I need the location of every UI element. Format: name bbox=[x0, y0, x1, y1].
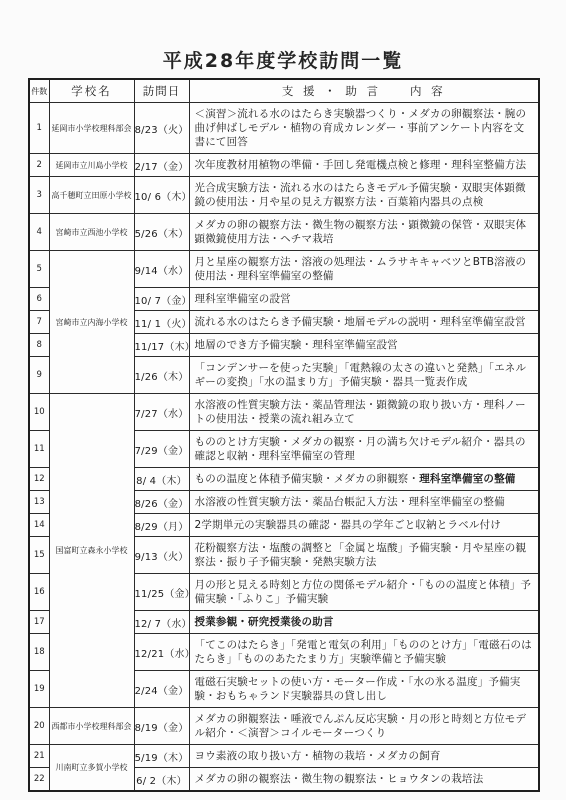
content-text: ヨウ素液の取り扱い方・植物の栽培・メダカの飼育 bbox=[195, 750, 441, 762]
row-number: 14 bbox=[29, 514, 49, 537]
row-number: 11 bbox=[29, 431, 49, 468]
visit-date: 10/ 6（木） bbox=[134, 177, 189, 214]
school-name: 国富町立森永小学校 bbox=[49, 394, 134, 708]
support-content: ものの温度と体積予備実験・メダカの卵観察・理科室準備室の整備 bbox=[189, 468, 539, 491]
content-text: メダカの卵の観察法・微生物の観察法・ヒョウタンの栽培法 bbox=[195, 773, 484, 785]
visit-date: 7/29（金） bbox=[134, 431, 189, 468]
visit-date: 12/ 7（水） bbox=[134, 611, 189, 634]
school-name: 西都市小学校理科部会 bbox=[49, 708, 134, 745]
visit-date: 11/25（金） bbox=[134, 574, 189, 611]
row-number: 12 bbox=[29, 468, 49, 491]
support-content: 水溶液の性質実験方法・薬品管理法・顕微鏡の取り扱い方・理科ノートの使用法・授業の… bbox=[189, 394, 539, 431]
content-text: メダカの卵の観察方法・微生物の観察方法・顕微鏡の保管・双眼実体顕微鏡使用方法・ヘ… bbox=[195, 219, 527, 245]
support-content: ＜演習＞流れる水のはたらき実験器つくり・メダカの卵観察法・腕の曲げ伸ばしモデル・… bbox=[189, 103, 539, 154]
visit-date: 9/14（水） bbox=[134, 251, 189, 288]
table-row: 4宮崎市立西池小学校5/26（木）メダカの卵の観察方法・微生物の観察方法・顕微鏡… bbox=[29, 214, 539, 251]
support-content: 次年度教材用植物の準備・手回し発電機点検と修理・理科室整備方法 bbox=[189, 154, 539, 177]
school-name: 延岡市小学校理科部会 bbox=[49, 103, 134, 154]
content-text: 理科室準備室の整備 bbox=[419, 473, 515, 485]
row-number: 15 bbox=[29, 537, 49, 574]
visit-date: 5/19（木） bbox=[134, 745, 189, 768]
visit-date: 2/24（金） bbox=[134, 671, 189, 708]
header-date: 訪問日 bbox=[134, 79, 189, 103]
support-content: 月と星座の観察方法・溶液の処理法・ムラサキキャベツとBTB溶液の使用法・理科室準… bbox=[189, 251, 539, 288]
row-number: 8 bbox=[29, 334, 49, 357]
content-text: 「コンデンサーを使った実験」「電熱線の太さの違いと発熱」「エネルギーの変換」「水… bbox=[195, 362, 527, 388]
content-text: 水溶液の性質実験方法・薬品台帳記入方法・理科室準備室の整備 bbox=[195, 496, 505, 508]
row-number: 3 bbox=[29, 177, 49, 214]
row-number: 9 bbox=[29, 357, 49, 394]
table-row: 2延岡市立川島小学校2/17（金）次年度教材用植物の準備・手回し発電機点検と修理… bbox=[29, 154, 539, 177]
visit-date: 1/26（木） bbox=[134, 357, 189, 394]
support-content: 月の形と見える時刻と方位の関係モデル紹介・「ものの温度と体積」予備実験・「ふりこ… bbox=[189, 574, 539, 611]
visit-date: 9/13（火） bbox=[134, 537, 189, 574]
content-text: 水溶液の性質実験方法・薬品管理法・顕微鏡の取り扱い方・理科ノートの使用法・授業の… bbox=[195, 399, 526, 425]
visit-date: 11/17（木） bbox=[134, 334, 189, 357]
support-content: メダカの卵の観察方法・微生物の観察方法・顕微鏡の保管・双眼実体顕微鏡使用方法・ヘ… bbox=[189, 214, 539, 251]
visit-date: 8/19（金） bbox=[134, 708, 189, 745]
row-number: 10 bbox=[29, 394, 49, 431]
page-title: 平成28年度学校訪問一覧 bbox=[0, 46, 566, 73]
header-content: 支 援 ・ 助 言 内 容 bbox=[189, 79, 539, 103]
content-text: 流れる水のはたらき予備実験・地層モデルの説明・理科室準備室設営 bbox=[195, 316, 526, 328]
row-number: 17 bbox=[29, 611, 49, 634]
row-number: 2 bbox=[29, 154, 49, 177]
content-text: メダカの卵観察法・唾液でんぷん反応実験・月の形と時刻と方位モデル紹介・＜演習＞コ… bbox=[195, 713, 527, 739]
school-name: 高千穂町立田原小学校 bbox=[49, 177, 134, 214]
visit-table-body: 1延岡市小学校理科部会8/23（火）＜演習＞流れる水のはたらき実験器つくり・メダ… bbox=[29, 103, 539, 792]
table-header-row: 件数 学校名 訪問日 支 援 ・ 助 言 内 容 bbox=[29, 79, 539, 103]
support-content: 水溶液の性質実験方法・薬品台帳記入方法・理科室準備室の整備 bbox=[189, 491, 539, 514]
school-name: 宮崎市立西池小学校 bbox=[49, 214, 134, 251]
visit-date: 7/27（水） bbox=[134, 394, 189, 431]
visit-date: 12/21（水） bbox=[134, 634, 189, 671]
school-name: 川南町立多賀小学校 bbox=[49, 745, 134, 792]
table-row: 3高千穂町立田原小学校10/ 6（木）光合成実験方法・流れる水のはたらきモデル予… bbox=[29, 177, 539, 214]
content-text: 授業参観・研究授業後の助言 bbox=[195, 616, 334, 628]
content-text: ものの温度と体積予備実験・メダカの卵観察・ bbox=[195, 473, 420, 485]
table-row: 1延岡市小学校理科部会8/23（火）＜演習＞流れる水のはたらき実験器つくり・メダ… bbox=[29, 103, 539, 154]
content-text: 電磁石実験セットの使い方・モーター作成・「水の氷る温度」予備実験・おもちゃランド… bbox=[195, 676, 521, 702]
content-text: もののとけ方実験・メダカの観察・月の満ち欠けモデル紹介・器具の確認と収納・理科室… bbox=[195, 436, 526, 462]
content-text: 「てこのはたらき」「発電と電気の利用」「もののとけ方」「電磁石のはたらき」「もの… bbox=[195, 639, 532, 665]
table-row: 21川南町立多賀小学校5/19（木）ヨウ素液の取り扱い方・植物の栽培・メダカの飼… bbox=[29, 745, 539, 768]
support-content: 理科室準備室の設営 bbox=[189, 288, 539, 311]
support-content: 流れる水のはたらき予備実験・地層モデルの説明・理科室準備室設営 bbox=[189, 311, 539, 334]
header-count: 件数 bbox=[29, 79, 49, 103]
content-text: 月の形と見える時刻と方位の関係モデル紹介・「ものの温度と体積」予備実験・「ふりこ… bbox=[195, 579, 532, 605]
school-name: 延岡市立川島小学校 bbox=[49, 154, 134, 177]
visit-date: 11/ 1（火） bbox=[134, 311, 189, 334]
row-number: 4 bbox=[29, 214, 49, 251]
support-content: 光合成実験方法・流れる水のはたらきモデル予備実験・双眼実体顕微鏡の使用法・月や星… bbox=[189, 177, 539, 214]
visit-date: 5/26（木） bbox=[134, 214, 189, 251]
content-text: ＜演習＞流れる水のはたらき実験器つくり・メダカの卵観察法・腕の曲げ伸ばしモデル・… bbox=[195, 108, 527, 148]
row-number: 19 bbox=[29, 671, 49, 708]
content-text: 2学期単元の実験器具の確認・器具の学年ごと収納とラベル付け bbox=[195, 519, 501, 531]
table-row: 5宮崎市立内海小学校9/14（水）月と星座の観察方法・溶液の処理法・ムラサキキャ… bbox=[29, 251, 539, 288]
content-text: 光合成実験方法・流れる水のはたらきモデル予備実験・双眼実体顕微鏡の使用法・月や星… bbox=[195, 182, 526, 208]
support-content: 地層のでき方予備実験・理科室準備室設営 bbox=[189, 334, 539, 357]
visit-date: 6/ 2（木） bbox=[134, 768, 189, 792]
support-content: ヨウ素液の取り扱い方・植物の栽培・メダカの飼育 bbox=[189, 745, 539, 768]
row-number: 20 bbox=[29, 708, 49, 745]
visit-date: 8/23（火） bbox=[134, 103, 189, 154]
row-number: 22 bbox=[29, 768, 49, 792]
visit-date: 8/26（金） bbox=[134, 491, 189, 514]
content-text: 次年度教材用植物の準備・手回し発電機点検と修理・理科室整備方法 bbox=[195, 159, 527, 171]
content-text: 月と星座の観察方法・溶液の処理法・ムラサキキャベツとBTB溶液の使用法・理科室準… bbox=[195, 256, 527, 282]
row-number: 18 bbox=[29, 634, 49, 671]
support-content: 電磁石実験セットの使い方・モーター作成・「水の氷る温度」予備実験・おもちゃランド… bbox=[189, 671, 539, 708]
row-number: 7 bbox=[29, 311, 49, 334]
support-content: 授業参観・研究授業後の助言 bbox=[189, 611, 539, 634]
row-number: 6 bbox=[29, 288, 49, 311]
content-text: 地層のでき方予備実験・理科室準備室設営 bbox=[195, 339, 398, 351]
row-number: 13 bbox=[29, 491, 49, 514]
support-content: 花粉観察方法・塩酸の調整と「金属と塩酸」予備実験・月や星座の観察法・振り子予備実… bbox=[189, 537, 539, 574]
row-number: 5 bbox=[29, 251, 49, 288]
visit-date: 10/ 7（金） bbox=[134, 288, 189, 311]
school-visit-table: 件数 学校名 訪問日 支 援 ・ 助 言 内 容 1延岡市小学校理科部会8/23… bbox=[28, 78, 540, 792]
content-text: 理科室準備室の設営 bbox=[195, 293, 291, 305]
support-content: 「てこのはたらき」「発電と電気の利用」「もののとけ方」「電磁石のはたらき」「もの… bbox=[189, 634, 539, 671]
visit-date: 8/ 4（木） bbox=[134, 468, 189, 491]
row-number: 21 bbox=[29, 745, 49, 768]
table-row: 20西都市小学校理科部会8/19（金）メダカの卵観察法・唾液でんぷん反応実験・月… bbox=[29, 708, 539, 745]
header-school: 学校名 bbox=[49, 79, 134, 103]
support-content: 2学期単元の実験器具の確認・器具の学年ごと収納とラベル付け bbox=[189, 514, 539, 537]
support-content: メダカの卵の観察法・微生物の観察法・ヒョウタンの栽培法 bbox=[189, 768, 539, 792]
table-row: 10国富町立森永小学校7/27（水）水溶液の性質実験方法・薬品管理法・顕微鏡の取… bbox=[29, 394, 539, 431]
row-number: 1 bbox=[29, 103, 49, 154]
content-text: 花粉観察方法・塩酸の調整と「金属と塩酸」予備実験・月や星座の観察法・振り子予備実… bbox=[195, 542, 527, 568]
visit-date: 8/29（月） bbox=[134, 514, 189, 537]
support-content: メダカの卵観察法・唾液でんぷん反応実験・月の形と時刻と方位モデル紹介・＜演習＞コ… bbox=[189, 708, 539, 745]
support-content: 「コンデンサーを使った実験」「電熱線の太さの違いと発熱」「エネルギーの変換」「水… bbox=[189, 357, 539, 394]
visit-date: 2/17（金） bbox=[134, 154, 189, 177]
support-content: もののとけ方実験・メダカの観察・月の満ち欠けモデル紹介・器具の確認と収納・理科室… bbox=[189, 431, 539, 468]
row-number: 16 bbox=[29, 574, 49, 611]
school-name: 宮崎市立内海小学校 bbox=[49, 251, 134, 394]
